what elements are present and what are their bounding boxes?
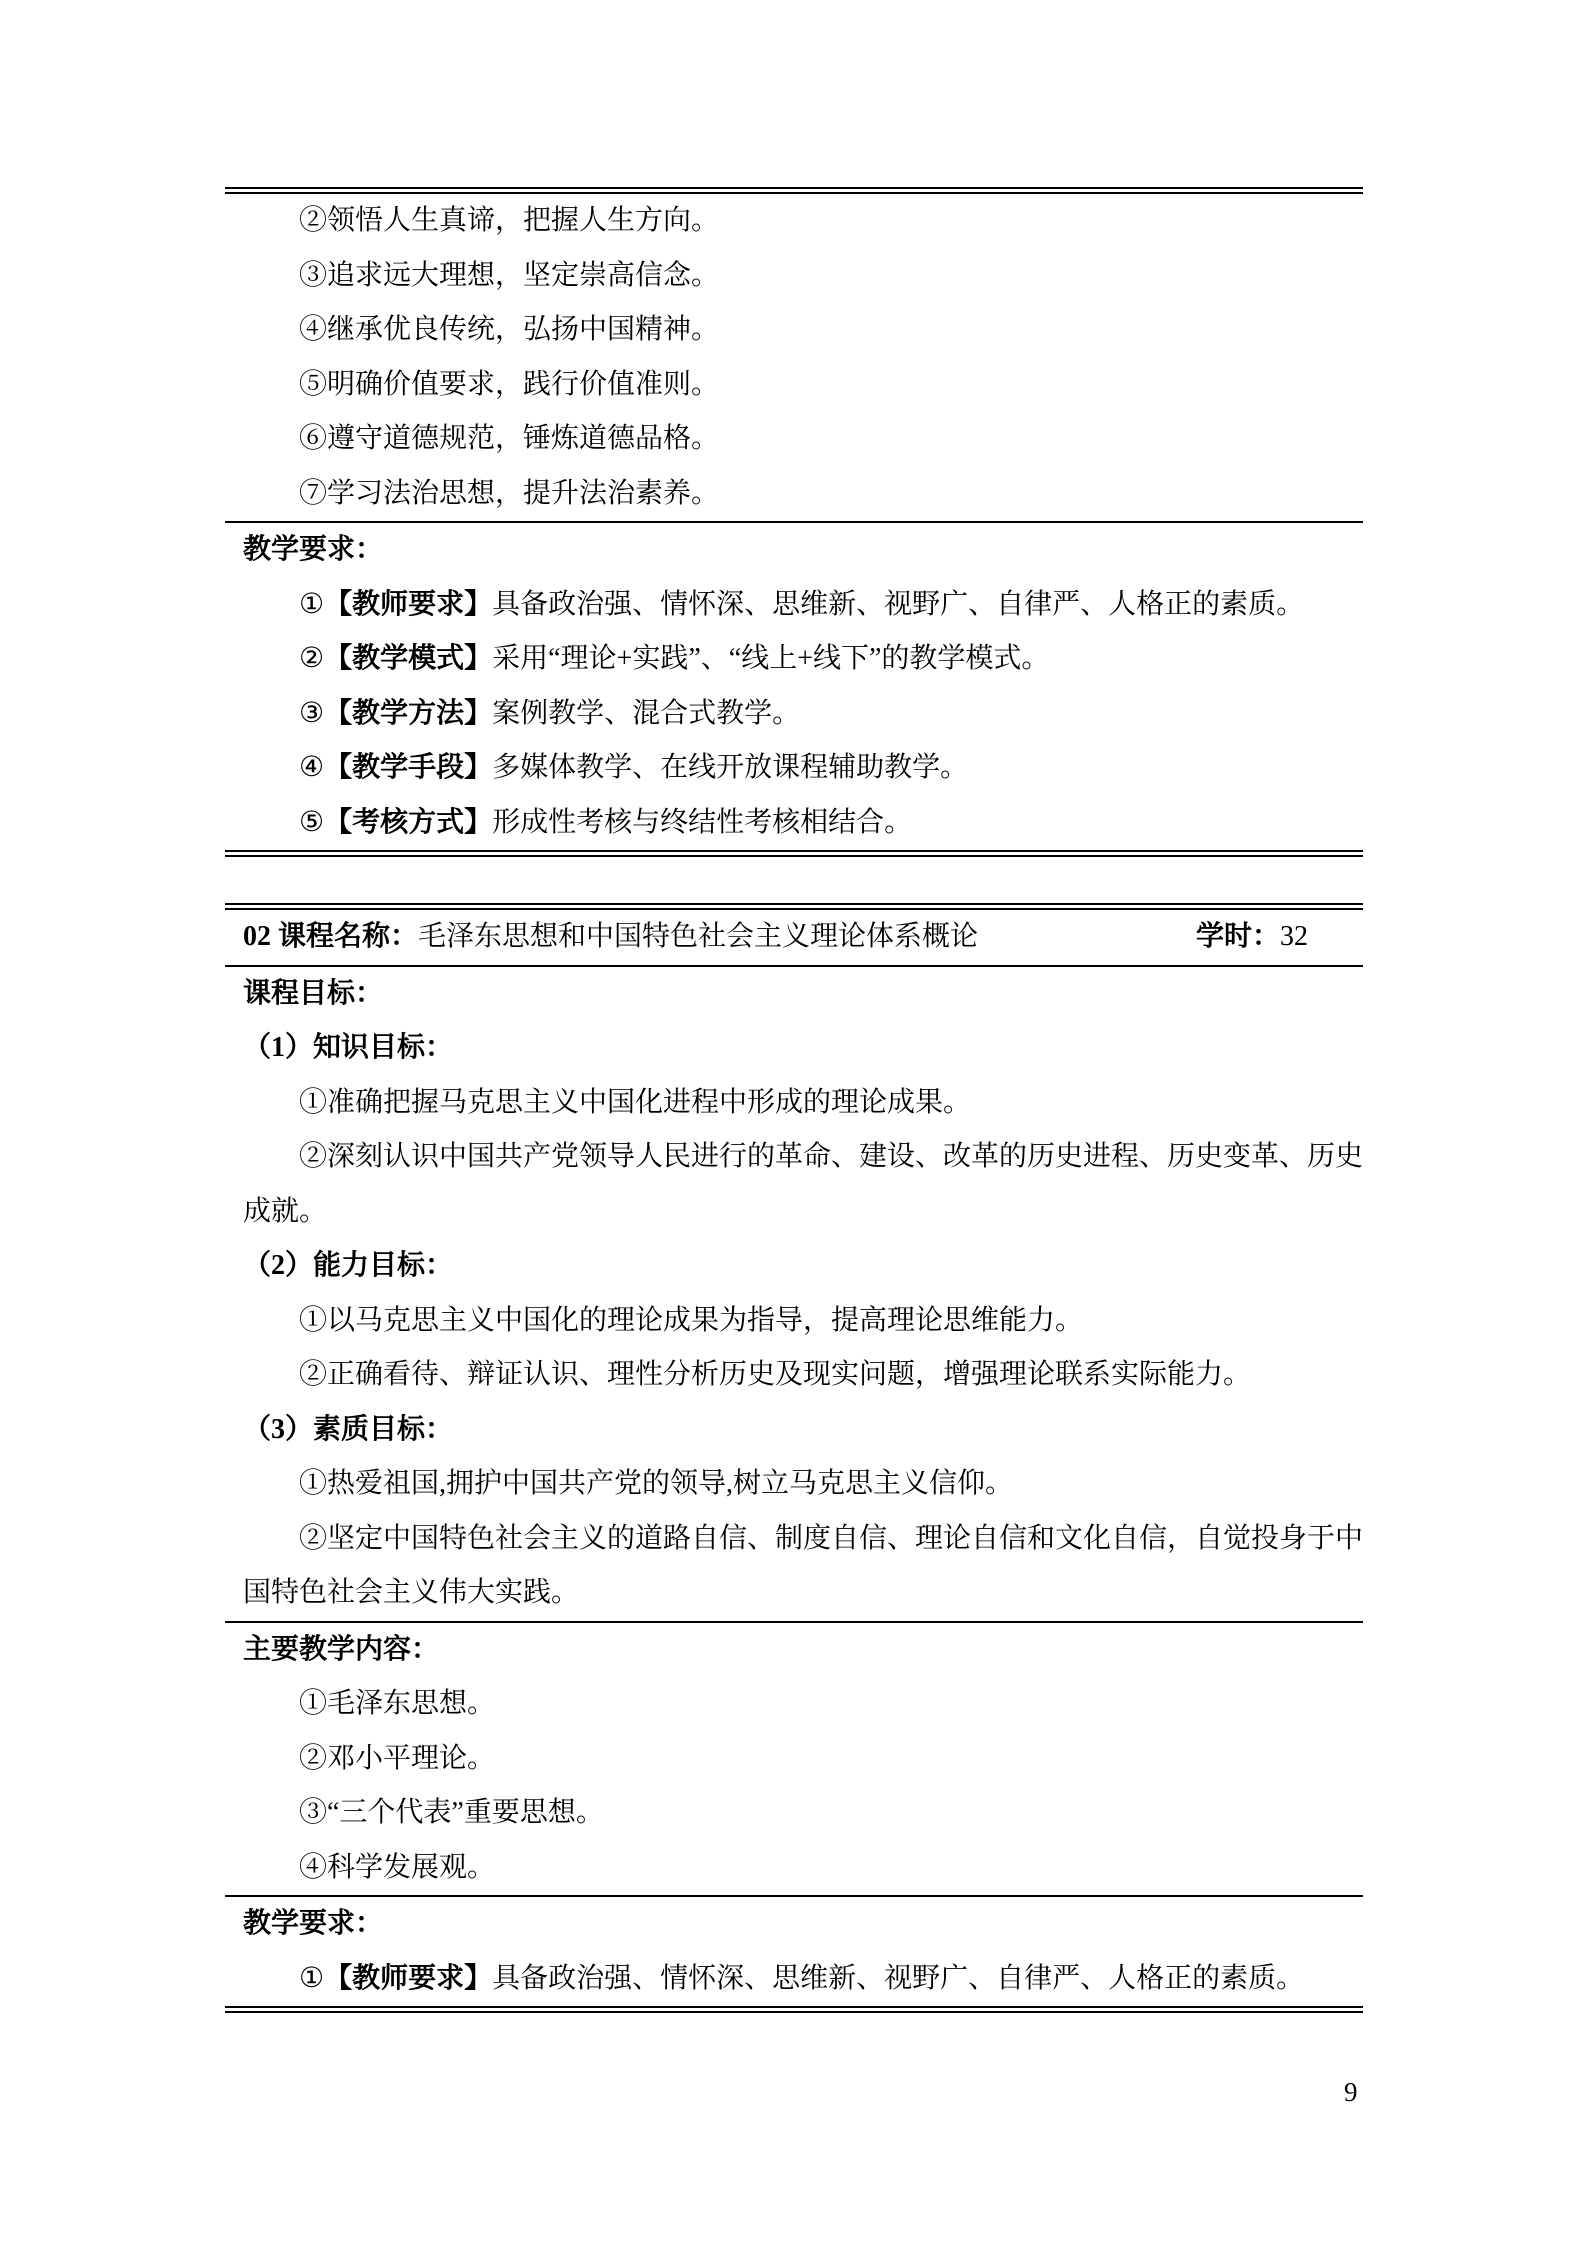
section-heading-teaching-requirements: 教学要求： xyxy=(225,1897,1363,1952)
item-text: 具备政治强、情怀深、思维新、视野广、自律严、人格正的素质。 xyxy=(492,1963,1304,1994)
course-block-2: 02 课程名称：毛泽东思想和中国特色社会主义理论体系概论 学时：32 课程目标：… xyxy=(225,903,1363,2013)
item-number: ② xyxy=(299,643,324,674)
course-hours: 学时：32 xyxy=(1196,910,1308,965)
subsection-heading-quality: （3）素质目标： xyxy=(225,1403,1363,1458)
list-item: ①【教师要求】具备政治强、情怀深、思维新、视野广、自律严、人格正的素质。 xyxy=(225,1952,1363,2007)
divider-double-bottom xyxy=(225,2006,1363,2013)
item-number: ④ xyxy=(299,752,324,783)
divider-double-top xyxy=(225,187,1363,194)
item-tag: 【教师要求】 xyxy=(324,1963,492,1994)
course-header-row: 02 课程名称：毛泽东思想和中国特色社会主义理论体系概论 学时：32 xyxy=(225,910,1363,965)
list-item: ③追求远大理想，坚定崇高信念。 xyxy=(225,249,1363,304)
subsection-heading-ability: （2）能力目标： xyxy=(225,1239,1363,1294)
list-item: ①毛泽东思想。 xyxy=(225,1677,1363,1732)
item-number: ① xyxy=(299,589,324,620)
list-item: ②领悟人生真谛，把握人生方向。 xyxy=(225,194,1363,249)
list-item: ④【教学手段】多媒体教学、在线开放课程辅助教学。 xyxy=(225,741,1363,796)
list-item: ①【教师要求】具备政治强、情怀深、思维新、视野广、自律严、人格正的素质。 xyxy=(225,578,1363,633)
course-name: 毛泽东思想和中国特色社会主义理论体系概论 xyxy=(418,921,978,952)
list-item: ④继承优良传统，弘扬中国精神。 xyxy=(225,303,1363,358)
list-item: ②邓小平理论。 xyxy=(225,1732,1363,1787)
item-tag: 【教师要求】 xyxy=(324,589,492,620)
section-heading-course-objectives: 课程目标： xyxy=(225,967,1363,1022)
list-item: ③【教学方法】案例教学、混合式教学。 xyxy=(225,687,1363,742)
item-number: ③ xyxy=(299,698,324,729)
item-number: ① xyxy=(299,1963,324,1994)
subsection-heading-knowledge: （1）知识目标： xyxy=(225,1021,1363,1076)
item-text: 多媒体教学、在线开放课程辅助教学。 xyxy=(492,752,968,783)
list-item: ⑤【考核方式】形成性考核与终结性考核相结合。 xyxy=(225,796,1363,851)
course-block-1: ②领悟人生真谛，把握人生方向。 ③追求远大理想，坚定崇高信念。 ④继承优良传统，… xyxy=(225,187,1363,857)
course-header-left: 02 课程名称：毛泽东思想和中国特色社会主义理论体系概论 xyxy=(243,910,978,965)
item-text: 案例教学、混合式教学。 xyxy=(492,698,800,729)
list-item: ④科学发展观。 xyxy=(225,1841,1363,1896)
list-item: ①热爱祖国,拥护中国共产党的领导,树立马克思主义信仰。 xyxy=(225,1457,1363,1512)
list-item: ⑦学习法治思想，提升法治素养。 xyxy=(225,467,1363,522)
item-tag: 【教学手段】 xyxy=(324,752,492,783)
divider-double-top xyxy=(225,903,1363,910)
section-heading-teaching-requirements: 教学要求： xyxy=(225,523,1363,578)
list-item: ②深刻认识中国共产党领导人民进行的革命、建设、改革的历史进程、历史变革、历史成就… xyxy=(225,1130,1363,1239)
item-tag: 【教学方法】 xyxy=(324,698,492,729)
list-item: ②正确看待、辩证认识、理性分析历史及现实问题，增强理论联系实际能力。 xyxy=(225,1348,1363,1403)
list-item: ⑤明确价值要求，践行价值准则。 xyxy=(225,358,1363,413)
item-number: ⑤ xyxy=(299,807,324,838)
hours-label: 学时： xyxy=(1196,921,1280,952)
divider-double-bottom xyxy=(225,850,1363,857)
item-text: 具备政治强、情怀深、思维新、视野广、自律严、人格正的素质。 xyxy=(492,589,1304,620)
document-page: { "page": { "number": "9", "background":… xyxy=(0,0,1587,2245)
item-text: 采用“理论+实践”、“线上+线下”的教学模式。 xyxy=(492,643,1049,674)
course-label: 02 课程名称： xyxy=(243,921,418,952)
list-item: ③“三个代表”重要思想。 xyxy=(225,1786,1363,1841)
item-tag: 【考核方式】 xyxy=(324,807,492,838)
list-item: ①以马克思主义中国化的理论成果为指导，提高理论思维能力。 xyxy=(225,1294,1363,1349)
page-number: 9 xyxy=(1344,2072,1358,2112)
item-tag: 【教学模式】 xyxy=(324,643,492,674)
list-item: ⑥遵守道德规范，锤炼道德品格。 xyxy=(225,412,1363,467)
list-item: ②【教学模式】采用“理论+实践”、“线上+线下”的教学模式。 xyxy=(225,632,1363,687)
section-heading-main-content: 主要教学内容： xyxy=(225,1623,1363,1678)
item-text: 形成性考核与终结性考核相结合。 xyxy=(492,807,912,838)
list-item: ②坚定中国特色社会主义的道路自信、制度自信、理论自信和文化自信，自觉投身于中国特… xyxy=(225,1512,1363,1621)
hours-value: 32 xyxy=(1280,921,1308,952)
list-item: ①准确把握马克思主义中国化进程中形成的理论成果。 xyxy=(225,1076,1363,1131)
